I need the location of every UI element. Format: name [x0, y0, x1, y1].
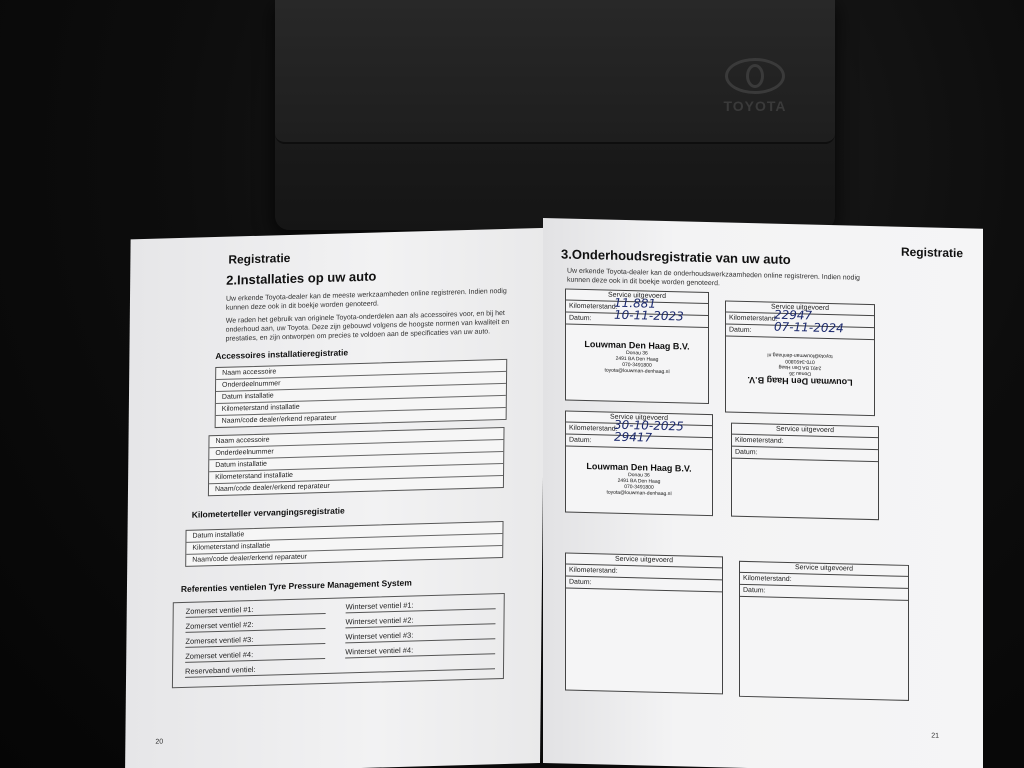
- tpms-heading: Referenties ventielen Tyre Pressure Mana…: [181, 578, 412, 594]
- right-page-number: 21: [931, 732, 939, 739]
- date-field[interactable]: Datum:: [732, 447, 878, 463]
- tpms-left-field[interactable]: Zomerset ventiel #4:: [185, 648, 325, 663]
- service-box: Service uitgevoerdKilometerstand:Datum:: [565, 553, 723, 695]
- tpms-left-field[interactable]: Zomerset ventiel #3:: [185, 633, 325, 648]
- toyota-logo: TOYOTA: [715, 58, 795, 114]
- left-page-title: 2.Installaties op uw auto: [226, 269, 376, 288]
- date-field[interactable]: Datum:29417: [566, 435, 712, 451]
- date-field[interactable]: Datum:10-11-2023: [566, 313, 708, 328]
- right-page-header: Registratie: [901, 245, 963, 261]
- handwritten-date: 07-11-2024: [774, 322, 844, 335]
- left-intro-2: We raden het gebruik van originele Toyot…: [225, 309, 515, 344]
- tpms-right-field[interactable]: Winterset ventiel #4:: [345, 643, 495, 658]
- odometer-heading: Kilometerteller vervangingsregistratie: [192, 505, 345, 519]
- left-page: Registratie 2.Installaties op uw auto Uw…: [125, 228, 546, 768]
- left-intro-1: Uw erkende Toyota-dealer kan de meeste w…: [226, 287, 516, 313]
- tpms-right-field[interactable]: Winterset ventiel #3:: [345, 628, 495, 643]
- accessory-form-1: Naam accessoireOnderdeelnummerDatum inst…: [215, 359, 508, 428]
- accessories-heading: Accessoires installatieregistratie: [215, 347, 348, 361]
- tpms-right-field[interactable]: Winterset ventiel #1:: [346, 598, 496, 613]
- tpms-left-field[interactable]: Zomerset ventiel #2:: [185, 618, 325, 633]
- handwritten-date: 29417: [614, 432, 652, 444]
- right-intro: Uw erkende Toyota-dealer kan de onderhou…: [567, 267, 867, 292]
- service-booklet: Registratie 2.Installaties op uw auto Uw…: [125, 210, 985, 765]
- right-page-title: 3.Onderhoudsregistratie van uw auto: [561, 246, 791, 267]
- service-box: Service uitgevoerdKilometerstand:30-10-2…: [565, 411, 713, 517]
- service-box: Service uitgevoerdKilometerstand:11.881D…: [565, 289, 709, 405]
- left-page-header: Registratie: [228, 251, 290, 267]
- dealer-stamp: Louwman Den Haag B.V.Donau 362491 BA Den…: [566, 339, 708, 376]
- dealer-stamp: Louwman Den Haag B.V.Donau 362491 BA Den…: [726, 350, 874, 388]
- handwritten-date: 10-11-2023: [614, 310, 684, 323]
- odometer-form: Datum installatieKilometerstand installa…: [185, 521, 503, 567]
- tpms-left-field[interactable]: Zomerset ventiel #1:: [186, 603, 326, 618]
- tpms-right-field[interactable]: Winterset ventiel #2:: [345, 613, 495, 628]
- service-box: Service uitgevoerdKilometerstand:22947Da…: [725, 300, 875, 416]
- accessory-form-2: Naam accessoireOnderdeelnummerDatum inst…: [208, 427, 505, 496]
- wallet-brand-text: TOYOTA: [715, 98, 795, 114]
- tpms-form: Zomerset ventiel #1:Zomerset ventiel #2:…: [172, 593, 505, 688]
- toyota-document-wallet: TOYOTA: [275, 0, 835, 230]
- left-page-number: 20: [155, 739, 163, 746]
- service-box: Service uitgevoerdKilometerstand:Datum:: [739, 561, 909, 701]
- dealer-stamp: Louwman Den Haag B.V.Donau 362491 BA Den…: [566, 461, 712, 499]
- right-page: Registratie 3.Onderhoudsregistratie van …: [543, 218, 983, 768]
- service-box: Service uitgevoerdKilometerstand:Datum:: [731, 423, 879, 521]
- date-field[interactable]: Datum:: [566, 577, 722, 593]
- toyota-emblem-icon: [725, 58, 785, 94]
- service-grid: Service uitgevoerdKilometerstand:11.881D…: [543, 218, 983, 229]
- date-field[interactable]: Datum:07-11-2024: [726, 324, 874, 340]
